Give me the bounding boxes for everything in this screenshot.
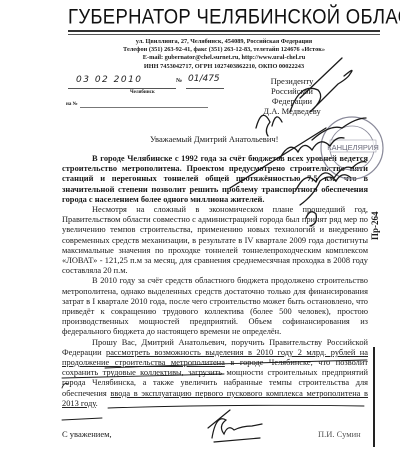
letter-number: 01/475 bbox=[188, 74, 220, 84]
signer-name: П.И. Сумин bbox=[318, 429, 361, 439]
addressee-title: Президенту bbox=[252, 76, 332, 86]
registry-line: ИНН 7453042717, ОГРН 1027403862210, ОКПО… bbox=[68, 63, 380, 71]
reference-underline bbox=[80, 107, 208, 108]
greeting: Уважаемый Дмитрий Анатольевич! bbox=[150, 134, 278, 144]
margin-mark bbox=[373, 347, 375, 447]
letter-date: 03 02 2010 bbox=[76, 75, 143, 85]
letterhead-rule-thick bbox=[68, 30, 380, 32]
city-label: Челябинск bbox=[130, 90, 155, 95]
addressee-block: Президенту Российской Федерации Д.А. Мед… bbox=[252, 76, 332, 116]
svg-text:КАНЦЕЛЯРИЯ: КАНЦЕЛЯРИЯ bbox=[327, 143, 379, 152]
letterhead-rule-thin bbox=[68, 34, 380, 35]
closing: С уважением, bbox=[62, 429, 112, 439]
addressee-name: Д.А. Медведеву bbox=[252, 106, 332, 116]
paragraph-3: В 2010 году за счёт средств областного б… bbox=[62, 276, 368, 337]
number-label: № bbox=[176, 78, 182, 84]
phone-line: Телефон (351) 263-92-41, факс (351) 263-… bbox=[68, 46, 380, 54]
paragraph-2: Несмотря на сложный в экономическом план… bbox=[62, 205, 368, 276]
paragraph-1: В городе Челябинске с 1992 года за счёт … bbox=[62, 154, 368, 205]
address-line: ул. Цвиллинга, 27, Челябинск, 454089, Ро… bbox=[68, 38, 380, 46]
request-text-3: . bbox=[96, 399, 98, 408]
letter-body: В городе Челябинске с 1992 года за счёт … bbox=[62, 154, 368, 409]
paragraph-request: Прошу Вас, Дмитрий Анатольевич, поручить… bbox=[62, 338, 368, 409]
side-registration-code: Пр-264 bbox=[370, 211, 380, 240]
signature-icon bbox=[208, 410, 262, 442]
reference-label: на № bbox=[66, 102, 78, 107]
email-line: E-mail: gubernator@chel.surnet.ru, http:… bbox=[68, 54, 380, 62]
letterhead-contacts: ул. Цвиллинга, 27, Челябинск, 454089, Ро… bbox=[68, 38, 380, 71]
addressee-org: Российской Федерации bbox=[252, 86, 332, 106]
letterhead-title: ГУБЕРНАТОР ЧЕЛЯБИНСКОЙ ОБЛАСТИ bbox=[68, 4, 380, 29]
